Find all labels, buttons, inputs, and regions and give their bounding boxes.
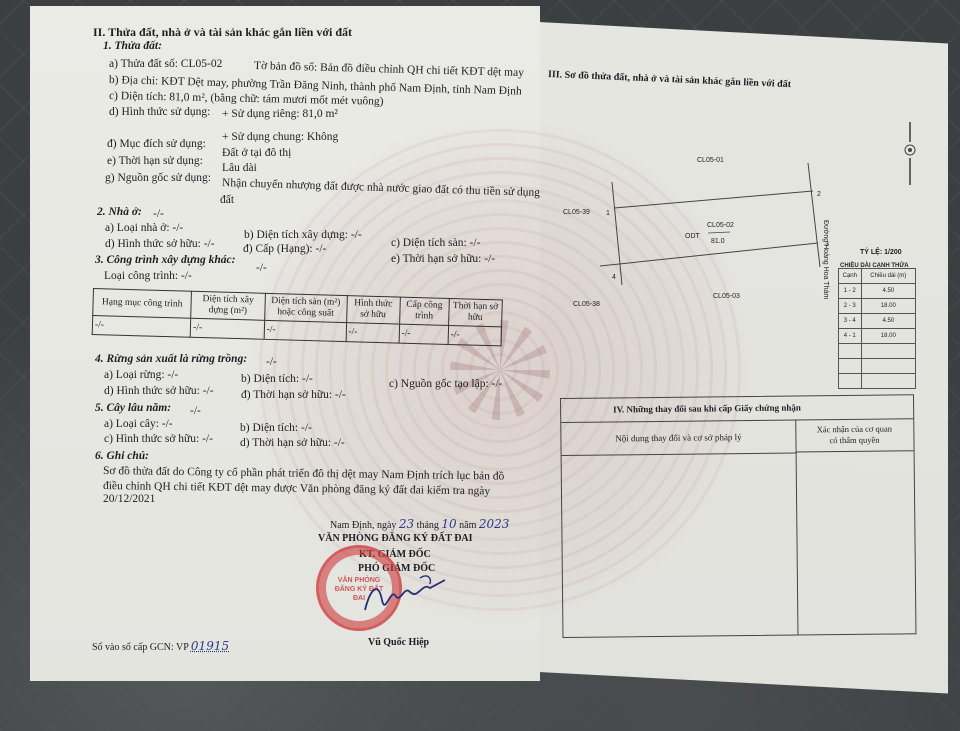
table-cell — [839, 344, 862, 359]
changes-table: IV. Những thay đổi sau khi cấp Giấy chứn… — [560, 394, 916, 638]
table-cell: 4.50 — [861, 314, 915, 329]
col-header: Cạnh — [839, 269, 862, 284]
other-works-type: Loại công trình: -/- — [104, 270, 192, 283]
perennial-type: a) Loại cây: -/- — [104, 418, 173, 431]
table-cell: 4 - 1 — [839, 329, 862, 344]
house-type: a) Loại nhà ở: -/- — [105, 222, 183, 235]
table-cell: -/- — [92, 316, 191, 338]
table-cell: -/- — [346, 323, 400, 343]
table-row — [839, 374, 916, 389]
use-private: + Sử dụng riêng: 81,0 m² — [222, 108, 338, 121]
parcel-label: CL05-02 — [707, 219, 734, 232]
table-cell: -/- — [399, 324, 449, 344]
table-cell: 2 - 3 — [839, 299, 862, 314]
forest-heading: 4. Rừng sản xuất là rừng trồng: — [95, 353, 247, 366]
registry-number: Số vào sổ cấp GCN: VP 01915 — [92, 640, 229, 654]
month-label: tháng — [417, 520, 439, 531]
signer-name: Vũ Quốc Hiệp — [368, 636, 429, 649]
col-header: Hình thức sở hữu — [346, 296, 400, 324]
date-day: 23 — [399, 517, 414, 531]
table-cell — [839, 359, 862, 374]
land-use-code: ODT — [685, 230, 700, 243]
origin-label: g) Nguồn gốc sử dụng: — [105, 172, 211, 185]
other-works-heading-value: -/- — [256, 262, 267, 275]
table-row — [839, 359, 916, 374]
road-name: Đường Hoàng Hoa Thám — [819, 220, 832, 299]
section-iv-title: IV. Những thay đổi sau khi cấp Giấy chứn… — [561, 395, 913, 423]
house-heading-value: -/- — [153, 208, 164, 221]
origin-value-cont: đất — [220, 194, 234, 207]
table-cell — [861, 374, 915, 389]
table-cell: 3 - 4 — [839, 314, 862, 329]
date-year: 2023 — [479, 517, 510, 531]
perennial-heading: 5. Cây lâu năm: — [95, 402, 171, 415]
neighbor-left: CL05-39 — [563, 206, 590, 219]
date-prefix: Nam Định, ngày — [330, 520, 396, 531]
land-heading: 1. Thửa đất: — [103, 40, 162, 53]
col-header: Chiều dài (m) — [861, 269, 915, 284]
signature-scribble — [360, 570, 450, 620]
perennial-ownership: c) Hình thức sở hữu: -/- — [104, 433, 213, 446]
col-header: Diện tích sàn (m²) hoặc công suất — [264, 293, 347, 322]
vertex-2: 2 — [817, 188, 821, 201]
table-cell: -/- — [264, 320, 346, 341]
vertex-4: 4 — [612, 271, 616, 284]
registry-label: Số vào sổ cấp GCN: — [92, 642, 174, 653]
table-cell: 18.00 — [861, 299, 915, 314]
land-plot-diagram — [560, 145, 850, 305]
parcel-number: a) Thửa đất số: CL05-02 — [109, 58, 222, 71]
forest-type: a) Loại rừng: -/- — [104, 369, 178, 382]
forest-origin: c) Nguồn gốc tạo lập: -/- — [389, 378, 502, 391]
neighbor-bottom: CL05-03 — [713, 290, 740, 303]
table-cell: -/- — [190, 318, 264, 339]
purpose-label: đ) Mục đích sử dụng: — [107, 138, 206, 151]
col-header: Thời hạn sở hữu — [448, 298, 502, 326]
col-header: Hạng mục công trình — [93, 289, 192, 319]
changes-col-confirmation: Xác nhận của cơ quan có thẩm quyền — [795, 419, 913, 452]
term-value: Lâu dài — [222, 162, 257, 175]
vertex-1: 1 — [606, 207, 610, 220]
notes-heading: 6. Ghi chú: — [95, 450, 149, 463]
col-header: Cấp công trình — [399, 297, 449, 325]
year-label: năm — [459, 520, 476, 531]
forest-term: đ) Thời hạn sở hữu: -/- — [241, 389, 346, 402]
place-date: Nam Định, ngày 23 tháng 10 năm 2023 — [330, 518, 509, 532]
parcel-area: 81.0 — [711, 235, 725, 248]
table-row — [839, 344, 916, 359]
forest-area: b) Diện tích: -/- — [241, 373, 313, 386]
table-cell: 18.00 — [861, 329, 915, 344]
other-works-heading: 3. Công trình xây dựng khác: — [95, 254, 235, 267]
house-heading: 2. Nhà ở: — [97, 206, 142, 219]
use-common: + Sử dụng chung: Không — [222, 131, 338, 144]
house-term: e) Thời hạn sở hữu: -/- — [391, 253, 495, 266]
house-ownership: d) Hình thức sở hữu: -/- — [105, 238, 215, 251]
house-build-area: b) Diện tích xây dựng: -/- — [244, 229, 362, 242]
forest-heading-value: -/- — [266, 356, 277, 369]
date-month: 10 — [441, 517, 456, 531]
table-row: 1 - 24.50 — [839, 284, 916, 299]
purpose-value: Đất ở tại đô thị — [222, 147, 291, 160]
house-grade: đ) Cấp (Hạng): -/- — [243, 243, 326, 256]
table-cell — [861, 359, 915, 374]
table-header-row: Cạnh Chiều dài (m) — [839, 269, 916, 284]
north-arrow-icon — [903, 120, 917, 190]
table-cell — [839, 374, 862, 389]
col-header: Diện tích xây dựng (m²) — [191, 291, 265, 320]
table-cell: 1 - 2 — [839, 284, 862, 299]
office-name: VĂN PHÒNG ĐĂNG KÝ ĐẤT ĐAI — [318, 532, 473, 545]
term-label: e) Thời hạn sử dụng: — [107, 155, 203, 168]
neighbor-bottom-left: CL05-38 — [573, 298, 600, 311]
forest-ownership: d) Hình thức sở hữu: -/- — [104, 385, 214, 398]
edge-lengths-table: Cạnh Chiều dài (m) 1 - 24.50 2 - 318.00 … — [838, 268, 916, 389]
table-cell: -/- — [448, 325, 502, 345]
registry-prefix: VP — [176, 642, 188, 653]
perennial-term: d) Thời hạn sở hữu: -/- — [240, 437, 345, 450]
table-row: 3 - 44.50 — [839, 314, 916, 329]
neighbor-top: CL05-01 — [697, 154, 724, 167]
use-form-label: d) Hình thức sử dụng: — [109, 106, 210, 119]
perennial-heading-value: -/- — [190, 405, 201, 418]
house-floor-area: c) Diện tích sàn: -/- — [391, 237, 480, 250]
table-row: 4 - 118.00 — [839, 329, 916, 344]
column-divider — [796, 453, 799, 635]
table-row: 2 - 318.00 — [839, 299, 916, 314]
col2-line-2: có thẩm quyền — [795, 434, 913, 446]
section-ii-title: II. Thửa đất, nhà ở và tài sản khác gắn … — [93, 26, 352, 39]
table-cell — [861, 344, 915, 359]
notes-line-3: 20/12/2021 — [103, 493, 155, 506]
table-cell: 4.50 — [861, 284, 915, 299]
registry-handwritten-number: 01915 — [191, 639, 229, 653]
perennial-area: b) Diện tích: -/- — [240, 422, 312, 435]
scale-label: TỶ LỆ: 1/200 — [860, 246, 902, 259]
changes-col-content: Nội dung thay đổi và cơ sở pháp lý — [561, 421, 796, 456]
